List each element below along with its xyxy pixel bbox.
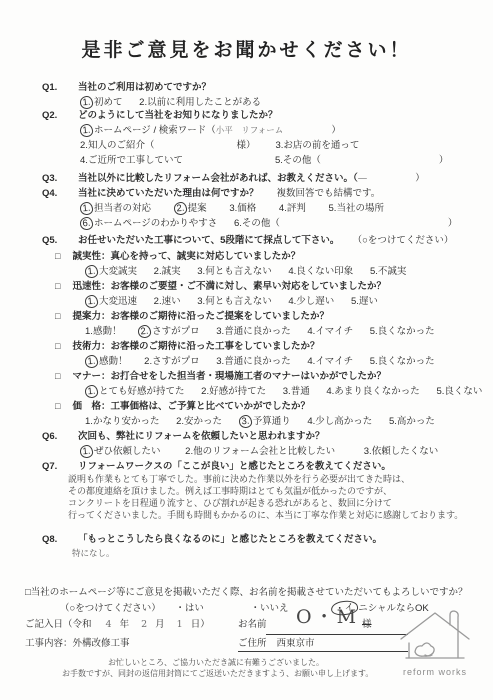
- q6-row: Q6.次回も、弊社にリフォームを依頼したいと思われますか？: [42, 430, 325, 443]
- rating-option-2: 2.誠実: [154, 266, 181, 277]
- rating-option-1: 1.大変誠実: [85, 266, 137, 277]
- address-underline: [238, 651, 408, 652]
- q4-option-5: 5.当社の場所: [329, 203, 384, 214]
- option-label: 少し高かった: [315, 416, 372, 427]
- option-label: ホームページ / 検索ワード（: [94, 125, 216, 136]
- option-num: 1.: [85, 326, 93, 337]
- option-num: 6.: [234, 218, 242, 229]
- option-num: 2.: [154, 266, 162, 277]
- rating-option-5: 5.不誠実: [370, 266, 406, 277]
- day-unit: 日）: [191, 619, 210, 630]
- rating-option-3: 3.何とも言えない: [197, 296, 271, 307]
- handwritten-name: O・M: [296, 611, 359, 624]
- option-label: 何とも言えない: [205, 296, 272, 307]
- q4-options-line-1: 1.担当者の対応 2.提案 3.価格 4.評判 5.当社の場所: [80, 202, 404, 215]
- circle-mark: 1.: [84, 294, 98, 308]
- option-label: 大変誠実: [99, 266, 137, 277]
- option-num: 3.: [283, 386, 291, 397]
- consent-options: （○をつけてください） ・はい ・いいえ ・イニシャルならOK: [60, 601, 429, 615]
- option-label: 普通に良かった: [224, 356, 291, 367]
- option-label: 良くなかった: [378, 356, 435, 367]
- q7-number: Q7.: [42, 460, 78, 473]
- q5-item-speed-header: □迅速性：お客様のご要望・ご不満に対し、素早い対応をしていましたか？: [55, 280, 386, 293]
- checkbox-icon: □: [55, 281, 60, 291]
- q7-answer-line-2: その都度連絡を頂けました。例えば工事時期はとても気温が低かったのですが、: [68, 486, 392, 498]
- q7-text: リフォームワークスの「ここが良い」と感じたところを教えてください。: [78, 461, 391, 472]
- handwritten-day: 1: [177, 619, 183, 630]
- name-label: お名前: [238, 618, 267, 631]
- q4-option-6: 6.ホームページのわかりやすさ: [80, 218, 217, 229]
- paren-close: ）: [439, 155, 449, 166]
- rating-option-5: 5.遅い: [351, 296, 378, 307]
- work-row: 工事内容：外構改修工事: [25, 637, 130, 650]
- paren-close: ）: [415, 173, 425, 184]
- option-num: 4.: [80, 155, 88, 166]
- option-label: 何とも言えない: [205, 266, 272, 277]
- q8-number: Q8.: [42, 533, 78, 546]
- page-title: 是非ご意見をお聞かせください！: [0, 44, 493, 60]
- q5-text: お任せいただいた工事について、5段階にて採点して下さい。: [78, 235, 339, 246]
- q5-item-sincerity-header: □誠実性：真心を持って、誠実に対応していましたか？: [55, 250, 300, 263]
- rating-option-3: 3.普通: [283, 386, 310, 397]
- option-label: 安かった: [184, 416, 222, 427]
- q6-options: 1.ぜひ依頼したい 2.他のリフォーム会社と比較したい 3.依頼したくない: [80, 445, 438, 458]
- paren-close: ）: [448, 218, 458, 229]
- q4-option-2: 2.提案: [174, 203, 207, 214]
- q8-text: 「もっとこうしたら良くなるのに」と感じたところを教えてください。: [78, 534, 382, 545]
- option-num: 2.: [154, 296, 162, 307]
- rating-option-3: 3.何とも言えない: [197, 266, 271, 277]
- q5-row: Q5.お任せいただいた工事について、5段階にて採点して下さい。（○をつけてくださ…: [42, 234, 453, 247]
- q2-option-line-3: 4.ご近所で工事していて5.その他（）: [80, 154, 448, 167]
- q4-option-3: 3.価格: [229, 203, 256, 214]
- q5-item-skill-header: □技術力：お客様のご期待に沿った工事をしていましたか？: [55, 340, 319, 353]
- rating-option-1: 1.感動！: [85, 326, 121, 337]
- option-label: あまり良くなかった: [334, 386, 420, 397]
- option-num: 3.: [216, 356, 224, 367]
- q2-number: Q2.: [42, 109, 78, 122]
- option-label: その他（: [242, 218, 280, 229]
- name-underline: [266, 634, 408, 635]
- work-label: 工事内容：: [25, 638, 73, 649]
- rating-option-4: 4.少し高かった: [307, 416, 372, 427]
- house-sketch-icon: [392, 608, 478, 666]
- checkbox-icon: □: [55, 251, 60, 261]
- rating-option-3: 3.予算通り: [239, 416, 291, 427]
- q4-options-line-2: 6.ホームページのわかりやすさ 6.その他（）: [80, 217, 457, 230]
- option-label: 速い: [162, 296, 181, 307]
- q4-number: Q4.: [42, 187, 78, 200]
- option-label: イマイチ: [315, 326, 353, 337]
- consent-instruction: （○をつけてください）: [60, 603, 161, 614]
- option-num: 2.: [144, 356, 152, 367]
- q7-answer-line-1: 説明も作業もとても丁寧でした。事前に決めた作業以外を行う必要が出てきた時は、: [68, 474, 410, 486]
- q5-item-price-options: 1.かなり安かった 2.安かった 3.予算通り 4.少し高かった 5.高かった: [85, 415, 449, 428]
- handwritten-month: 2: [141, 619, 147, 630]
- month-unit: 月: [155, 619, 165, 630]
- option-label: 誠実: [162, 266, 181, 277]
- q3-number: Q3.: [42, 172, 78, 185]
- option-num: 3.: [197, 266, 205, 277]
- option-label: ホームページのわかりやすさ: [94, 218, 217, 229]
- rating-option-4: 4.イマイチ: [307, 326, 353, 337]
- option-num: 3.: [197, 296, 205, 307]
- rating-option-4: 4.イマイチ: [307, 356, 353, 367]
- q2-row: Q2.どのようにして当社をお知りになりましたか？: [42, 109, 278, 122]
- rating-option-4: 4.少し遅い: [288, 296, 334, 307]
- option-num: 5.: [370, 326, 378, 337]
- rating-option-5: 5.高かった: [389, 416, 435, 427]
- q5-item-header: 誠実性：真心を持って、誠実に対応していましたか？: [72, 251, 300, 262]
- circle-mark: 1.: [84, 384, 98, 398]
- option-label: 予算通り: [253, 416, 291, 427]
- option-label: さすがプロ: [152, 356, 200, 367]
- option-label: 担当者の対応: [94, 203, 151, 214]
- circle-mark: 1.: [79, 123, 93, 137]
- rating-option-4: 4.あまり良くなかった: [326, 386, 419, 397]
- q5-item-header: 提案力：お客様のご期待に沿ったご提案をしていましたか？: [72, 311, 329, 322]
- circle-mark: 1.: [79, 444, 93, 458]
- consent-option-no: ・いいえ: [251, 603, 289, 614]
- option-label: ご近所で工事していて: [88, 155, 183, 166]
- rating-option-1: 1.感動！: [85, 356, 128, 367]
- checkbox-icon: □: [55, 401, 60, 411]
- rating-option-5: 5.良くなかった: [370, 356, 435, 367]
- q6-option-3: 3.依頼したくない: [364, 446, 438, 457]
- page-title-text: 是非ご意見をお聞かせください！: [81, 40, 411, 61]
- option-label: さすがプロ: [152, 326, 200, 337]
- rating-option-1: 1.とても好感が持てた: [85, 386, 185, 397]
- q1-option-1: 1.初めて: [80, 97, 123, 108]
- option-num: 5.: [275, 155, 283, 166]
- option-label: その他（: [283, 155, 321, 166]
- option-num: 2.: [185, 446, 193, 457]
- option-label: 知人のご紹介（: [88, 140, 155, 151]
- option-num: 2.: [139, 97, 147, 108]
- q5-item-header: 技術力：お客様のご期待に沿った工事をしていましたか？: [72, 341, 319, 352]
- survey-page: 是非ご意見をお聞かせください！ Q1.当社のご利用は初めてですか？ 1.初めて …: [0, 0, 493, 700]
- q5-item-skill-options: 1.感動！ 2.さすがプロ 3.普通に良かった 4.イマイチ 5.良くなかった: [85, 355, 449, 368]
- option-label: とても好感が持てた: [99, 386, 185, 397]
- honorific-struck: 様: [362, 618, 372, 631]
- q5-item-proposal-options: 1.感動！ 2.さすがプロ 3.普通に良かった 4.イマイチ 5.良くなかった: [85, 325, 449, 338]
- checkbox-icon: □: [55, 311, 60, 321]
- option-label: 大変迅速: [99, 296, 137, 307]
- q1-row: Q1.当社のご利用は初めてですか？: [42, 81, 211, 94]
- option-label: かなり安かった: [93, 416, 160, 427]
- q3-row: Q3.当社以外に比較したリフォーム会社があれば、お教えください。（—）: [42, 172, 425, 185]
- consent-option-yes: ・はい: [175, 603, 204, 614]
- paren-close: 様）: [236, 140, 255, 151]
- rating-option-2: 2.安かった: [176, 416, 222, 427]
- q5-item-price-header: □価 格：工事価格は、ご予算と比べていかがでしたか？: [55, 400, 310, 413]
- q5-item-proposal-header: □提案力：お客様のご期待に沿ったご提案をしていましたか？: [55, 310, 329, 323]
- rating-option-2: 2.速い: [154, 296, 181, 307]
- q8-row: Q8.「もっとこうしたら良くなるのに」と感じたところを教えてください。: [42, 533, 382, 546]
- option-num: 5.: [351, 296, 359, 307]
- option-label: 少し遅い: [296, 296, 334, 307]
- rating-option-3: 3.普通に良かった: [216, 326, 290, 337]
- q1-options: 1.初めて 2.以前に利用したことがある: [80, 96, 275, 109]
- q1-option-2: 2.以前に利用したことがある: [139, 97, 261, 108]
- q4-option-7: 6.その他（）: [234, 218, 457, 229]
- q5-item-header: 迅速性：お客様のご要望・ご不満に対し、素早い対応をしていましたか？: [72, 281, 386, 292]
- option-label: 不誠実: [378, 266, 407, 277]
- address-row: ご住所西東京市: [238, 637, 315, 650]
- rating-option-2: 2.好感が持てた: [201, 386, 266, 397]
- option-num: 5.: [389, 416, 397, 427]
- rating-option-5: 5.良くない: [436, 386, 482, 397]
- circle-mark: 2.: [173, 201, 187, 215]
- circle-mark: 6.: [79, 216, 93, 230]
- option-num: 5.: [370, 266, 378, 277]
- option-label: 好感が持てた: [209, 386, 266, 397]
- date-prefix: ご記入日（令和: [25, 619, 92, 630]
- q5-number: Q5.: [42, 234, 78, 247]
- q4-option-4: 4.評判: [279, 203, 306, 214]
- q2-option-line-1: 1.ホームページ / 検索ワード（小平 リフォーム）: [80, 124, 341, 138]
- q7-row: Q7.リフォームワークスの「ここが良い」と感じたところを教えてください。: [42, 460, 391, 473]
- q8-answer: 特になし。: [72, 548, 115, 561]
- q5-item-header: マナー：お打合せをした担当者・現場施工者のマナーはいかがでしたか？: [72, 371, 386, 382]
- option-label: 提案: [188, 203, 207, 214]
- q4-option-1: 1.担当者の対応: [80, 203, 151, 214]
- q3-text: 当社以外に比較したリフォーム会社があれば、お教えください。（: [78, 173, 358, 184]
- option-label: 感動！: [99, 356, 128, 367]
- option-num: 2.: [80, 140, 88, 151]
- q1-number: Q1.: [42, 81, 78, 94]
- circle-mark: 3.: [238, 414, 252, 428]
- q5-item-sincerity-options: 1.大変誠実 2.誠実 3.何とも言えない 4.良くない印象 5.不誠実: [85, 265, 420, 278]
- rating-option-1: 1.大変迅速: [85, 296, 137, 307]
- rating-option-2: 2.さすがプロ: [138, 326, 200, 337]
- address-label: ご住所: [238, 638, 267, 649]
- q4-row: Q4.当社に決めていただいた理由は何ですか？複数回答でも結構です。: [42, 187, 380, 200]
- consent-text: □当社のホームページ等にご意見を掲載いただく際、お名前を掲載させていただいてもよ…: [25, 586, 468, 599]
- rating-option-3: 3.普通に良かった: [216, 356, 290, 367]
- option-label: ぜひ依頼したい: [94, 446, 161, 457]
- option-label: 価格: [237, 203, 256, 214]
- rating-option-5: 5.良くなかった: [370, 326, 435, 337]
- option-label: 感動！: [93, 326, 122, 337]
- entry-date-row: ご記入日（令和4年2月1日）: [25, 618, 210, 631]
- option-label: お店の前を通って: [283, 140, 359, 151]
- q2-option-line-2: 2.知人のご紹介（様）3.お店の前を通って: [80, 139, 359, 152]
- q6-option-1: 1.ぜひ依頼したい: [80, 446, 161, 457]
- q6-option-2: 2.他のリフォーム会社と比較したい: [185, 446, 335, 457]
- option-label: 依頼したくない: [372, 446, 439, 457]
- q5-item-header: 価 格：工事価格は、ご予算と比べていかがでしたか？: [72, 401, 310, 412]
- option-label: 評判: [287, 203, 306, 214]
- circle-mark: 1.: [84, 264, 98, 278]
- q5-note: （○をつけてください）: [357, 235, 453, 246]
- circle-mark: 1.: [84, 354, 98, 368]
- year-unit: 年: [120, 619, 130, 630]
- q2-text: どのようにして当社をお知りになりましたか？: [78, 110, 278, 121]
- option-num: 5.: [370, 356, 378, 367]
- checkbox-icon: □: [55, 341, 60, 351]
- circle-mark: 1.: [79, 201, 93, 215]
- option-num: 2.: [176, 416, 184, 427]
- q5-item-manner-header: □マナー：お打合せをした担当者・現場施工者のマナーはいかがでしたか？: [55, 370, 386, 383]
- option-label: 良くない: [444, 386, 482, 397]
- handwritten-search-word: 小平 リフォーム: [216, 126, 284, 136]
- option-num: 3.: [216, 326, 224, 337]
- option-label: 高かった: [397, 416, 435, 427]
- option-label: イマイチ: [315, 356, 353, 367]
- q5-item-speed-options: 1.大変迅速 2.速い 3.何とも言えない 4.少し遅い 5.遅い: [85, 295, 392, 308]
- option-label: 普通: [291, 386, 310, 397]
- q1-text: 当社のご利用は初めてですか？: [78, 82, 211, 93]
- option-label: 当社の場所: [336, 203, 384, 214]
- rating-option-2: 2.さすがプロ: [144, 356, 199, 367]
- handwritten-year: 4: [106, 619, 112, 630]
- paren-close: ）: [331, 125, 341, 136]
- q4-text: 当社に決めていただいた理由は何ですか？: [78, 188, 259, 199]
- option-label: 初めて: [94, 97, 123, 108]
- handwritten-dash: —: [358, 173, 368, 184]
- thanks-line-2: お手数ですが、同封の返信用封筒にてご返送いただきますよう、お願い申し上げます。: [62, 667, 373, 680]
- option-label: 遅い: [359, 296, 378, 307]
- option-num: 1.: [85, 416, 93, 427]
- work-value: 外構改修工事: [73, 638, 130, 649]
- option-num: 2.: [201, 386, 209, 397]
- option-label: 良くなかった: [378, 326, 435, 337]
- rating-option-1: 1.かなり安かった: [85, 416, 159, 427]
- option-label: 普通に良かった: [224, 326, 291, 337]
- option-num: 4.: [279, 203, 287, 214]
- q6-text: 次回も、弊社にリフォームを依頼したいと思われますか？: [78, 431, 325, 442]
- circle-mark: 1.: [79, 95, 93, 109]
- option-label: 以前に利用したことがある: [147, 97, 261, 108]
- q6-number: Q6.: [42, 430, 78, 443]
- option-num: 3.: [364, 446, 372, 457]
- option-label: 良くない印象: [296, 266, 353, 277]
- rating-option-4: 4.良くない印象: [288, 266, 353, 277]
- company-logo: [392, 608, 478, 670]
- q4-note: 複数回答でも結構です。: [277, 188, 381, 199]
- circle-mark: 2.: [138, 324, 152, 338]
- option-label: 他のリフォーム会社と比較したい: [193, 446, 335, 457]
- q5-item-manner-options: 1.とても好感が持てた 2.好感が持てた 3.普通 4.あまり良くなかった 5.…: [85, 385, 493, 398]
- q7-answer-line-3: コンクリートを日程通り流すと、ひび割れが起きる恐れがあると、数回に分けて: [68, 498, 392, 510]
- address-value: 西東京市: [277, 638, 315, 649]
- q7-answer-line-4: 行ってくださいました。手間も時間もかかるのに、本当に丁寧な作業と対応に感謝してお…: [68, 510, 463, 522]
- checkbox-icon: □: [55, 371, 60, 381]
- logo-text: reform works: [388, 666, 482, 679]
